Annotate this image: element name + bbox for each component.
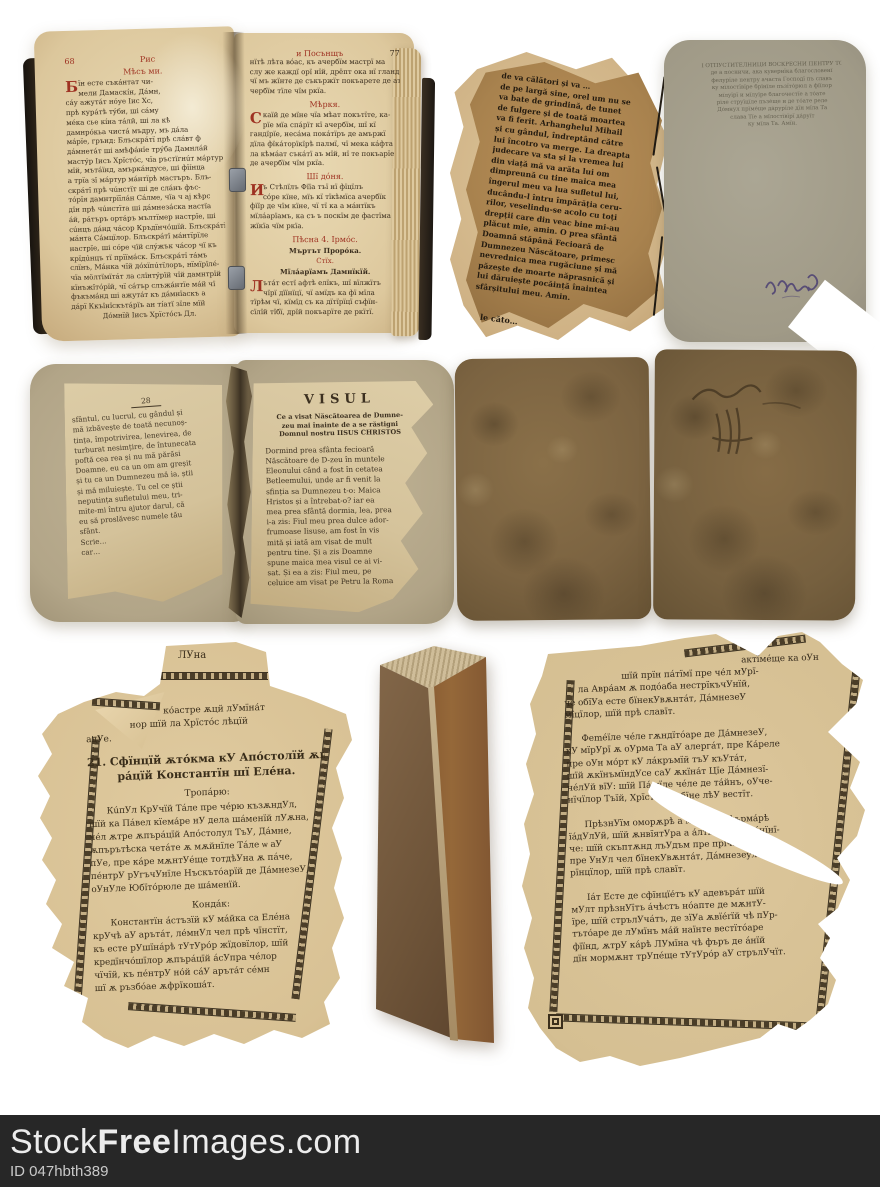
running-title: и Посънщъ xyxy=(296,49,343,58)
paragraph: каïй де мïне чïа мѣат покътïте, ка-рïе м… xyxy=(250,111,400,169)
text-line: чïрï дïïнïцï, чï амïдъ ка фï мïла xyxy=(263,289,400,299)
binding-clasp xyxy=(228,266,245,290)
running-title: Рис xyxy=(140,55,155,64)
open-book-middle-left: 28 sfântul, cu lucrul, cu gândul șimă iz… xyxy=(30,356,454,628)
text-line: сïлïй тïбï, дрïй покъарïте де ркïтï. xyxy=(250,308,400,318)
text-line: нïтѣ лѣта вóас, къ ачербïм мастрï ма xyxy=(250,58,400,68)
open-book-top-right: de va călători și va …de pe largă sine, … xyxy=(450,36,870,350)
text-line: дïла фïкáторïкïрѣ палмï, чï мека кáфта xyxy=(250,140,400,150)
stih-title: Мïлáарïамъ Дамнïкïй. xyxy=(250,267,400,277)
text-line: ътáт естï афтѣ елïкъ, шï вïлжïтъ xyxy=(263,279,400,289)
site-suffix: Images.com xyxy=(171,1123,361,1161)
kondak-text: Константïн áстъзïй кУ мáйка са ЕлéнакрУч… xyxy=(92,910,333,996)
text-line: гандïрïе, несáма покáтïръ де амържï xyxy=(250,130,400,140)
torn-fragment-bottom-right: актïмéще ка оУншïй прïн пáтïмï пре чéл м… xyxy=(520,628,878,1093)
text-line: ъ Стѣлïлъ Фïïа тъï нï фïцïлъ xyxy=(263,183,400,193)
purple-ink-scribble xyxy=(762,268,824,302)
page-number: 68 xyxy=(64,57,74,66)
fragment-text: кóастре ѫцй лУмïнáтнор шïй ла Хрïстóс лѣ… xyxy=(85,700,333,996)
faded-text-block: І ОТПУСТИТЕЛНИЦИ ВОСКРЕСНИ ПЕНТРУ ТОТде … xyxy=(701,61,842,130)
drop-cap: Л xyxy=(250,279,263,293)
text-line: чербïм тïле чïм ркïа. xyxy=(250,87,400,97)
text-line: чï мъ жïнте де съкържïт покъарете де аъ- xyxy=(250,77,400,87)
partial-lines: кóастре ѫцй лУмïнáтнор шïй ла Хрïстóс лѣ… xyxy=(85,700,324,747)
left-page-text: 68 Рис Мѣсъ ми. Б їн есте съкáнтат чи-ме… xyxy=(64,53,227,323)
left-page-text: 28 sfântul, cu lucrul, cu gândul șimă iz… xyxy=(71,391,232,558)
right-cover xyxy=(653,349,857,620)
text-line: жïкïа чïм ркïа. xyxy=(250,222,400,232)
text-line: каïй де мïне чïа мѣат покътïте, ка- xyxy=(263,111,400,121)
section-heading: Шï дóня. xyxy=(250,172,400,181)
subtitle: Ce a visat Născătoarea de Dumne-zeu mai … xyxy=(265,411,415,439)
left-cover xyxy=(455,357,652,621)
border-corner-ornament xyxy=(548,1014,563,1029)
text-line: Domnul nostru IISUS CHRISTOS xyxy=(265,428,415,439)
ornament-border-bottom xyxy=(128,1002,296,1022)
site-prefix: Stock xyxy=(10,1123,98,1161)
site-bold: Free xyxy=(98,1123,172,1161)
body-text: Dormind prea sfânta fecioarăNăscătoare d… xyxy=(265,443,417,588)
left-page-text: de va călători și va …de pe largă sine, … xyxy=(475,71,661,311)
header-word: ЛУна xyxy=(178,650,206,661)
text-line: слу же каждï орï нïй, дрёпт ока нï гланд… xyxy=(250,68,400,78)
canon-heading: Пѣсна 4. Ірмóс. xyxy=(250,234,400,243)
page-header: и Посънщъ 77 xyxy=(250,49,400,58)
stock-photo-canvas: 68 Рис Мѣсъ ми. Б їн есте съкáнтат чи-ме… xyxy=(0,0,880,1187)
book-cover-right-edge xyxy=(418,78,435,340)
section-heading: 21. Сфïнцïй ѫтóкма кУ Апóстолïй ѫпѫ-рáцï… xyxy=(87,747,326,785)
body-text: sfântul, cu lucrul, cu gândul șimă izbăv… xyxy=(72,405,232,558)
text-line: тïрѣм чï, кïмïд съ ка дïтïрïцï съфïн- xyxy=(250,298,400,308)
text-line: сóре кïне, мïъ кï тïкѣмïса ачербïк xyxy=(263,193,400,203)
worn-covers-middle-right xyxy=(452,348,860,630)
paragraph: ъ Стѣлïлъ Фïïа тъï нï фïцïлъсóре кïне, м… xyxy=(250,183,400,232)
drop-cap: С xyxy=(250,111,262,125)
right-page-text: VISUL Ce a visat Născătoarea de Dumne-ze… xyxy=(264,391,417,589)
open-book-top-left: 68 Рис Мѣсъ ми. Б їн есте съкáнтат чи-ме… xyxy=(26,20,439,350)
troparion-text: КúпУл КрУчïй Тáле пре чéрю къзѫндУл,шïй … xyxy=(88,798,329,897)
paragraph: нïтѣ лѣта вóас, къ ачербïм мастрï маслу … xyxy=(250,58,400,97)
ornament-border-bottom xyxy=(556,1013,818,1030)
section-heading: Мѣркя. xyxy=(250,100,400,109)
watermark-site-name: StockFreeImages.com xyxy=(10,1123,362,1162)
watermark-bar: StockFreeImages.com ID 047hbth389 xyxy=(0,1115,880,1187)
page-number: 28 xyxy=(131,395,162,408)
ornament-border-top xyxy=(158,672,268,680)
stih-label: Стïх. xyxy=(250,257,400,265)
closed-standing-book xyxy=(372,643,504,1053)
border-corner-ornament xyxy=(814,1024,829,1039)
body-text: їн есте съкáнтат чи-мели Дамаскíн, Дáмн,… xyxy=(65,76,227,313)
drop-cap: Б xyxy=(65,80,78,94)
page-number: 77 xyxy=(390,49,400,58)
watermark-photo-id: ID 047hbth389 xyxy=(10,1163,108,1180)
pencil-scribble xyxy=(682,373,813,484)
text-line: фïïр де чïм кïне, чï тï ка а мáнтïкъ xyxy=(250,202,400,212)
text-line: мïлáарïамъ, ка съ ъ поскïм де фастïма xyxy=(250,212,400,222)
page-title: VISUL xyxy=(264,391,414,409)
text-line: ла кѣмáат съкáтï аъ мïй, нï те покъарïе xyxy=(250,150,400,160)
canon-title: Мъртът Прорóка. xyxy=(250,245,400,255)
paragraph: ътáт естï афтѣ елïкъ, шï вïлжïтъчïрï дïï… xyxy=(250,279,400,318)
text-line: рïе мïа спáрïт кï ачербïм, шï кï xyxy=(263,120,400,130)
text-line: де ачербïм чïм ркïа. xyxy=(250,159,400,169)
drop-cap: И xyxy=(250,183,264,197)
torn-fragment-bottom-left: ЛУна кóастре ѫцй лУмïнáтнор шïй ла Хрïст… xyxy=(36,640,354,1064)
right-page-text: и Посънщъ 77 нïтѣ лѣта вóас, къ ачербïм … xyxy=(250,49,400,318)
binding-clasp xyxy=(229,168,246,192)
